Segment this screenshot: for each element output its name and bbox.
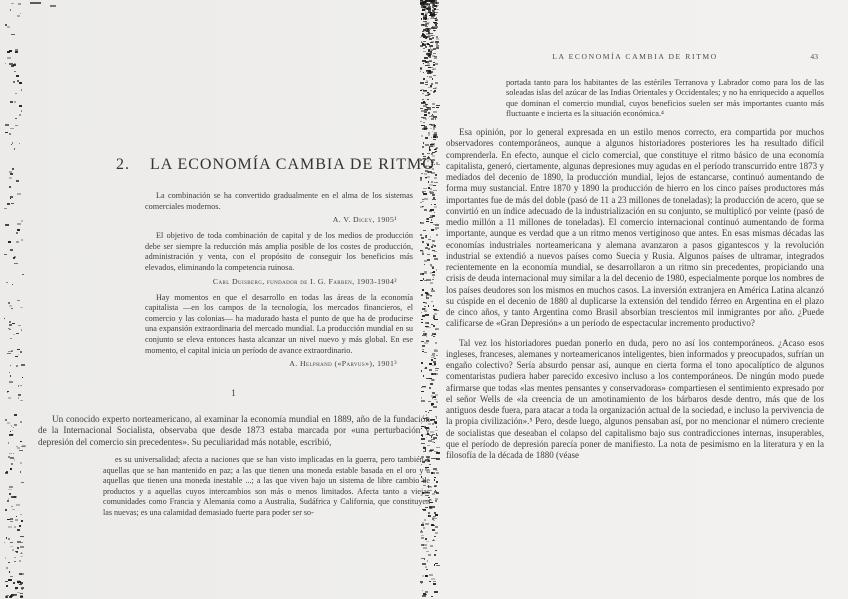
section-number: 1 (38, 389, 430, 399)
epigraph-block: La combinación se ha convertido gradualm… (145, 191, 413, 368)
right-page: LA ECONOMÍA CAMBIA DE RITMO 43 portada t… (446, 52, 824, 461)
book-scan-spread: 2.LA ECONOMÍA CAMBIA DE RITMO La combina… (0, 0, 848, 599)
epigraph: La combinación se ha convertido gradualm… (145, 191, 413, 212)
left-page: 2.LA ECONOMÍA CAMBIA DE RITMO La combina… (38, 156, 430, 518)
epigraph-attribution: A. V. Dicey, 1905¹ (145, 215, 413, 224)
scan-noise-left-edge (4, 0, 28, 599)
block-quote: es su universalidad; afecta a naciones q… (103, 455, 430, 518)
chapter-title: LA ECONOMÍA CAMBIA DE RITMO (150, 156, 435, 173)
block-quote-continuation: portada tanto para los habitantes de las… (506, 78, 824, 119)
scan-artifact (50, 5, 56, 7)
epigraph-attribution: A. Helphand («Parvus»), 1901³ (145, 359, 413, 368)
page-number: 43 (810, 52, 818, 61)
body-paragraph: Esa opinión, por lo general expresada en… (446, 127, 824, 330)
epigraph-attribution: Carl Duisberg, fundador de I. G. Farben,… (145, 277, 413, 286)
chapter-heading: 2.LA ECONOMÍA CAMBIA DE RITMO (38, 156, 430, 174)
scan-artifact (30, 2, 41, 4)
running-header: LA ECONOMÍA CAMBIA DE RITMO 43 (446, 52, 824, 61)
body-paragraph: Tal vez los historiadores puedan ponerlo… (446, 338, 824, 462)
body-paragraph: Un conocido experto norteamericano, al e… (38, 414, 430, 448)
running-header-title: LA ECONOMÍA CAMBIA DE RITMO (552, 52, 718, 61)
epigraph: El objetivo de toda combinación de capit… (145, 231, 413, 273)
epigraph: Hay momentos en que el desarrollo en tod… (145, 293, 413, 357)
chapter-number: 2. (116, 156, 130, 173)
